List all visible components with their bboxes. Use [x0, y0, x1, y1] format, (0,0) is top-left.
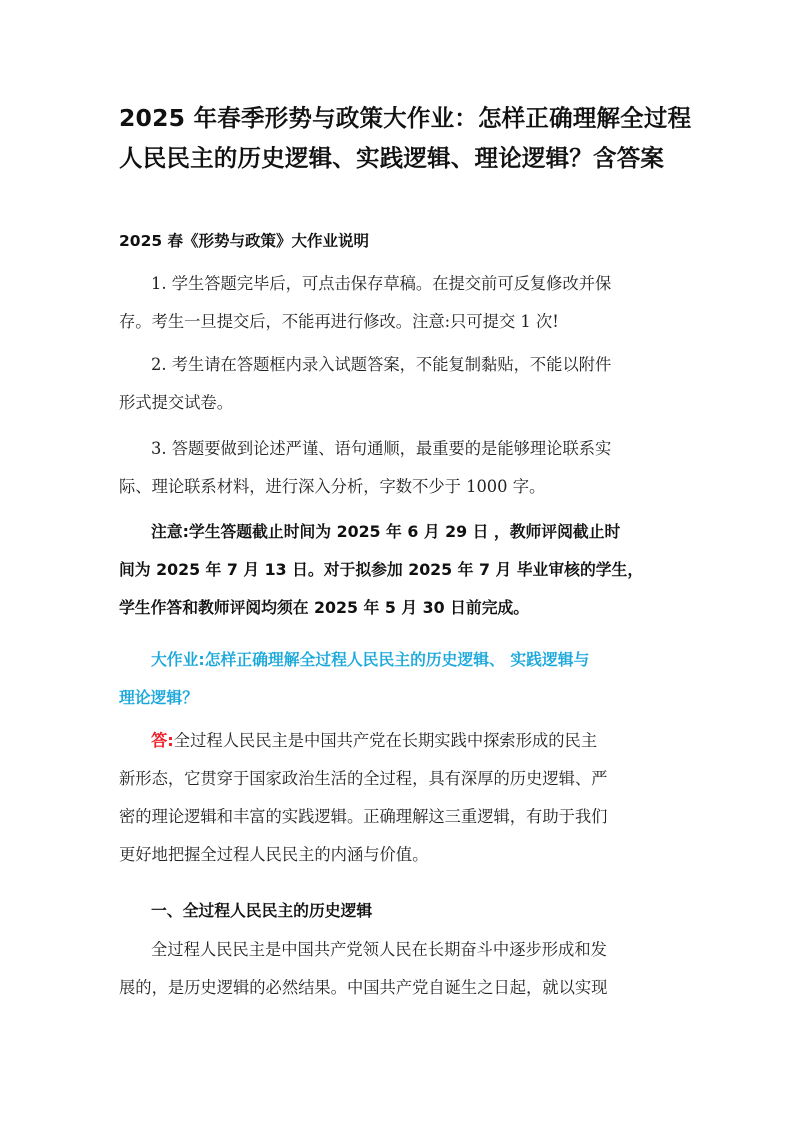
- assignment-question: 大作业:怎样正确理解全过程人民民主的历史逻辑、 实践逻辑与 理论逻辑？: [119, 641, 679, 717]
- title-line-1: 2025 年春季形势与政策大作业：怎样正确理解全过程: [119, 98, 679, 138]
- answer-line-2: 新形态，它贯穿于国家政治生活的全过程，具有深厚的历史逻辑、严: [119, 760, 679, 798]
- notice-line-1: 注意:学生答题截止时间为 2025 年 6 月 29 日 ，教师评阅截止时: [119, 513, 679, 551]
- section-1-heading-wrap: 一、全过程人民民主的历史逻辑: [119, 892, 679, 930]
- answer-line-1: 答:全过程人民民主是中国共产党在长期实践中探索形成的民主: [119, 722, 679, 760]
- instruction-1-line-2: 存。考生一旦提交后，不能再进行修改。注意:只可提交 1 次!: [119, 303, 679, 341]
- answer-line-4: 更好地把握全过程人民民主的内涵与价值。: [119, 836, 679, 874]
- section-1-body: 全过程人民民主是中国共产党领人民在长期奋斗中逐步形成和发 展的，是历史逻辑的必然…: [119, 931, 679, 1007]
- instruction-2-line-2: 形式提交试卷。: [119, 384, 679, 422]
- instruction-3-line-2: 际、理论联系材料，进行深入分析，字数不少于 1000 字。: [119, 468, 679, 506]
- instruction-item-3: 3. 答题要做到论述严谨、语句通顺，最重要的是能够理论联系实 际、理论联系材料，…: [119, 430, 679, 506]
- answer-line-3: 密的理论逻辑和丰富的实践逻辑。正确理解这三重逻辑，有助于我们: [119, 798, 679, 836]
- notice-line-3: 学生作答和教师评阅均须在 2025 年 5 月 30 日前完成。: [119, 589, 679, 627]
- answer-line-1-text: 全过程人民民主是中国共产党在长期实践中探索形成的民主: [174, 731, 597, 750]
- answer-intro: 答:全过程人民民主是中国共产党在长期实践中探索形成的民主 新形态，它贯穿于国家政…: [119, 722, 679, 874]
- instructions-heading: 2025 春《形势与政策》大作业说明: [119, 229, 369, 253]
- answer-label: 答:: [151, 731, 174, 750]
- instruction-item-1: 1. 学生答题完毕后，可点击保存草稿。在提交前可反复修改并保 存。考生一旦提交后…: [119, 265, 679, 341]
- instruction-1-line-1: 1. 学生答题完毕后，可点击保存草稿。在提交前可反复修改并保: [119, 265, 679, 303]
- notice-line-2: 间为 2025 年 7 月 13 日。对于拟参加 2025 年 7 月 毕业审核…: [119, 551, 679, 589]
- section-1-line-2: 展的，是历史逻辑的必然结果。中国共产党自诞生之日起，就以实现: [119, 969, 679, 1007]
- document-title: 2025 年春季形势与政策大作业：怎样正确理解全过程 人民民主的历史逻辑、实践逻…: [119, 98, 679, 178]
- instruction-3-line-1: 3. 答题要做到论述严谨、语句通顺，最重要的是能够理论联系实: [119, 430, 679, 468]
- section-1-line-1: 全过程人民民主是中国共产党领人民在长期奋斗中逐步形成和发: [119, 931, 679, 969]
- section-1-heading: 一、全过程人民民主的历史逻辑: [119, 892, 679, 930]
- instruction-2-line-1: 2. 考生请在答题框内录入试题答案，不能复制黏贴，不能以附件: [119, 346, 679, 384]
- assignment-line-1: 大作业:怎样正确理解全过程人民民主的历史逻辑、 实践逻辑与: [119, 641, 679, 679]
- title-line-2: 人民民主的历史逻辑、实践逻辑、理论逻辑？含答案: [119, 138, 679, 178]
- deadline-notice: 注意:学生答题截止时间为 2025 年 6 月 29 日 ，教师评阅截止时 间为…: [119, 513, 679, 627]
- assignment-line-2: 理论逻辑？: [119, 679, 679, 717]
- instruction-item-2: 2. 考生请在答题框内录入试题答案，不能复制黏贴，不能以附件 形式提交试卷。: [119, 346, 679, 422]
